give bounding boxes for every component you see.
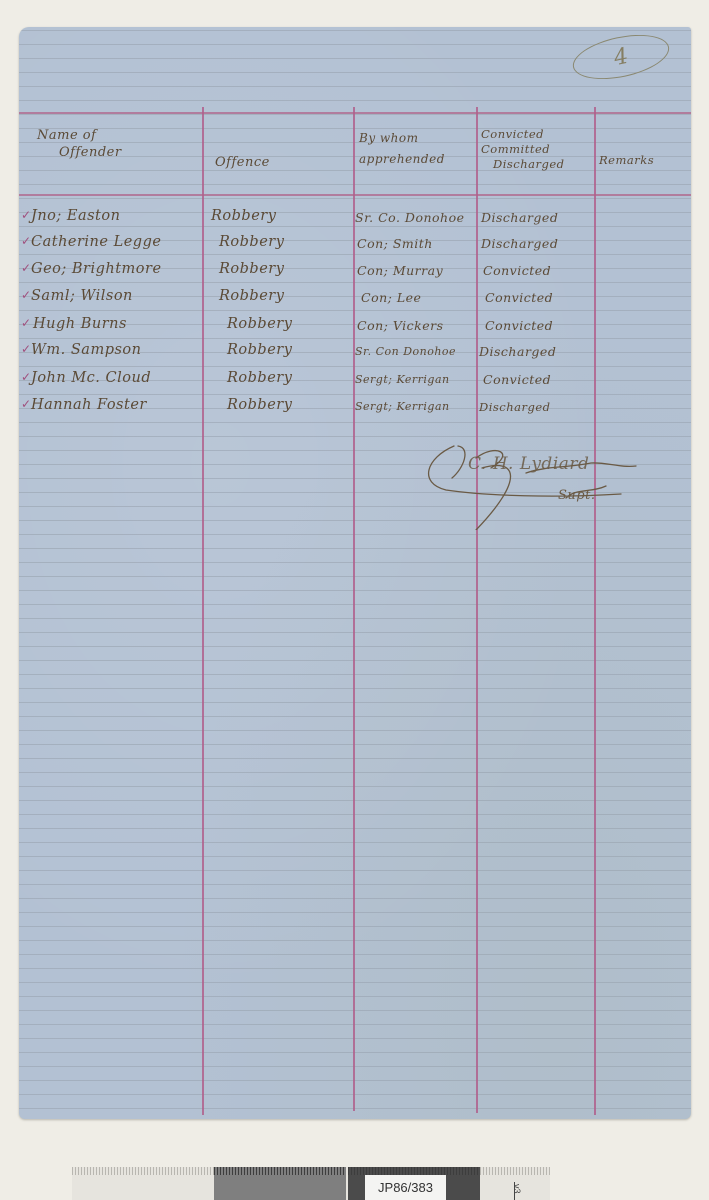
check-mark-icon: ✓ [21, 288, 31, 302]
signature-title: Supt. [558, 488, 595, 503]
outcome: Convicted [483, 371, 551, 389]
header-apprehended-by: By whom apprehended [359, 130, 445, 168]
offender-name: Saml; Wilson [31, 287, 133, 305]
offence: Robbery [227, 341, 292, 359]
header-remarks: Remarks [599, 152, 654, 169]
check-mark-icon: ✓ [21, 370, 31, 384]
scale-grey-segment [214, 1167, 346, 1200]
archive-scale-bar [72, 1167, 550, 1200]
offence: Robbery [227, 396, 292, 414]
header-name: Name of Offender [37, 127, 122, 161]
signature-flourish-icon [416, 438, 656, 530]
offence: Robbery [219, 287, 284, 305]
outcome: Discharged [481, 235, 558, 253]
header-top-rule [19, 112, 691, 114]
signature-name: C. H. Lydiard [468, 454, 589, 474]
offence: Robbery [219, 233, 284, 251]
outcome: Convicted [485, 317, 553, 335]
offender-name: Jno; Easton [31, 207, 120, 225]
apprehended-by: Sergt; Kerrigan [355, 371, 450, 389]
check-mark-icon: ✓ [21, 234, 31, 248]
check-mark-icon: ✓ [21, 208, 31, 222]
apprehended-by: Con; Smith [357, 235, 433, 253]
column-divider-1 [202, 107, 204, 1115]
offence: Robbery [211, 207, 276, 225]
offence: Robbery [219, 260, 284, 278]
outcome: Discharged [479, 343, 556, 361]
outcome: Discharged [481, 209, 558, 227]
signature: C. H. Lydiard Supt. [416, 438, 656, 530]
check-mark-icon: ✓ [21, 316, 31, 330]
header-outcome: Convicted Committed Discharged [481, 127, 565, 172]
outcome: Convicted [483, 262, 551, 280]
offence: Robbery [227, 369, 292, 387]
header-bottom-rule [19, 194, 691, 196]
offender-name: Hannah Foster [31, 396, 147, 414]
check-mark-icon: ✓ [21, 397, 31, 411]
apprehended-by: Sr. Con Donohoe [355, 343, 456, 361]
apprehended-by: Con; Murray [357, 262, 443, 280]
folio-number: 4 [569, 27, 673, 87]
apprehended-by: Sr. Co. Donohoe [355, 209, 465, 227]
offender-name: Geo; Brightmore [31, 260, 162, 278]
archive-version: v3 [512, 1184, 522, 1194]
column-divider-3 [476, 107, 478, 1113]
register-page: 4 Name of Offender Offence By whom appre… [19, 27, 691, 1119]
outcome: Convicted [485, 289, 553, 307]
apprehended-by: Sergt; Kerrigan [355, 398, 450, 416]
column-divider-4 [594, 107, 596, 1115]
offender-name: Catherine Legge [31, 233, 161, 251]
apprehended-by: Con; Vickers [357, 317, 444, 335]
offender-name: Wm. Sampson [31, 341, 142, 359]
archive-reference: JP86/383 [365, 1175, 446, 1200]
offender-name: Hugh Burns [33, 315, 127, 333]
offender-name: John Mc. Cloud [31, 369, 151, 387]
column-divider-2 [353, 107, 355, 1111]
offence: Robbery [227, 315, 292, 333]
check-mark-icon: ✓ [21, 342, 31, 356]
check-mark-icon: ✓ [21, 261, 31, 275]
header-offence: Offence [215, 154, 270, 171]
outcome: Discharged [479, 398, 551, 416]
apprehended-by: Con; Lee [361, 289, 421, 307]
